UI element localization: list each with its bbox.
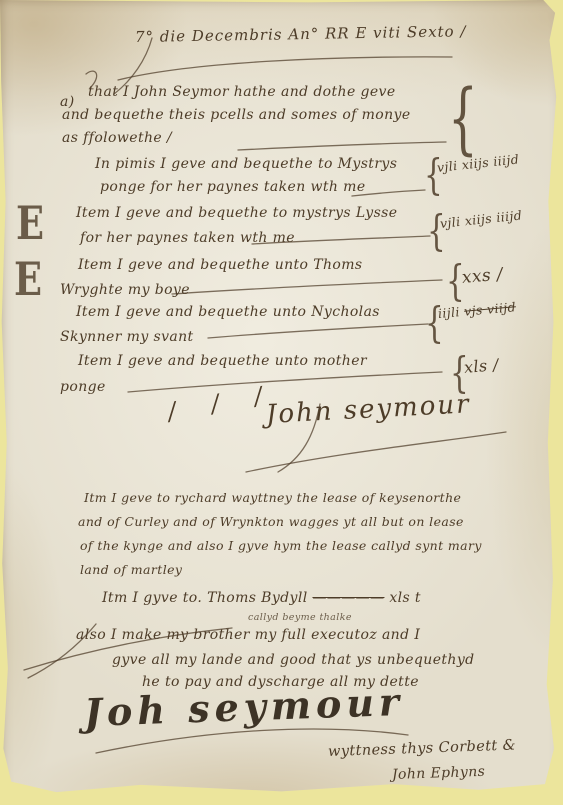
bequest-line: Wryghte my boye xyxy=(60,282,190,298)
manuscript-scan: 7° die Decembris An° RR E viti Sexto / a… xyxy=(0,0,563,805)
lease-paragraph-line: of the kynge and also I gyve hym the lea… xyxy=(80,538,482,553)
opening-line-1: that I John Seymor hathe and dothe geve xyxy=(88,84,396,100)
bequest-line: ponge xyxy=(60,379,106,395)
opening-brace: { xyxy=(448,74,478,164)
executor-paragraph-line-3: gyve all my lande and good that ys unbeq… xyxy=(112,652,475,668)
bequest-amount: xls / xyxy=(463,355,499,377)
executor-paragraph-line-1: Itm I gyve to. Thoms Bydyll ————— xls t xyxy=(102,590,421,606)
struck-dash-segment: ————— xyxy=(312,590,384,606)
witness-line-2: John Ephyns xyxy=(392,764,486,783)
bequest-bydyll-text: Itm I gyve to. Thoms Bydyll xyxy=(102,590,312,606)
bequest-line: Item I geve and bequethe unto mother xyxy=(78,353,367,369)
interline-insertion: callyd beyme thalke xyxy=(248,612,352,623)
lease-paragraph-line: Itm I geve to rychard wayttney the lease… xyxy=(84,490,461,505)
bequest-line: In pimis I geve and bequethe to Mystrys xyxy=(95,156,397,172)
opening-line-3: as ffolowethe / xyxy=(62,130,172,146)
margin-examination-mark: E xyxy=(14,252,42,306)
executor-paragraph-line-2: also I make my brother my full executoz … xyxy=(76,627,420,643)
opening-line-2: and bequethe theis pcells and somes of m… xyxy=(62,107,411,123)
bequest-line: Item I geve and bequethe unto Nycholas xyxy=(76,304,380,320)
margin-examination-mark: E xyxy=(16,196,44,250)
lease-paragraph-line: and of Curley and of Wrynkton wagges yt … xyxy=(78,514,464,529)
bequest-amount: xxs / xyxy=(461,264,504,288)
bequest-line: Skynner my svant xyxy=(60,329,194,345)
bequest-line: for her paynes taken wth me xyxy=(80,230,295,246)
bequest-line: ponge for her paynes taken wth me xyxy=(100,179,366,195)
bequest-line: Item I geve and bequethe to mystrys Lyss… xyxy=(76,205,397,221)
bequest-line: Item I geve and bequethe unto Thoms xyxy=(78,257,362,273)
lease-paragraph-line: land of martley xyxy=(80,562,182,577)
amount-kept: iijli xyxy=(437,304,460,321)
bydyll-amount: xls t xyxy=(384,590,420,606)
